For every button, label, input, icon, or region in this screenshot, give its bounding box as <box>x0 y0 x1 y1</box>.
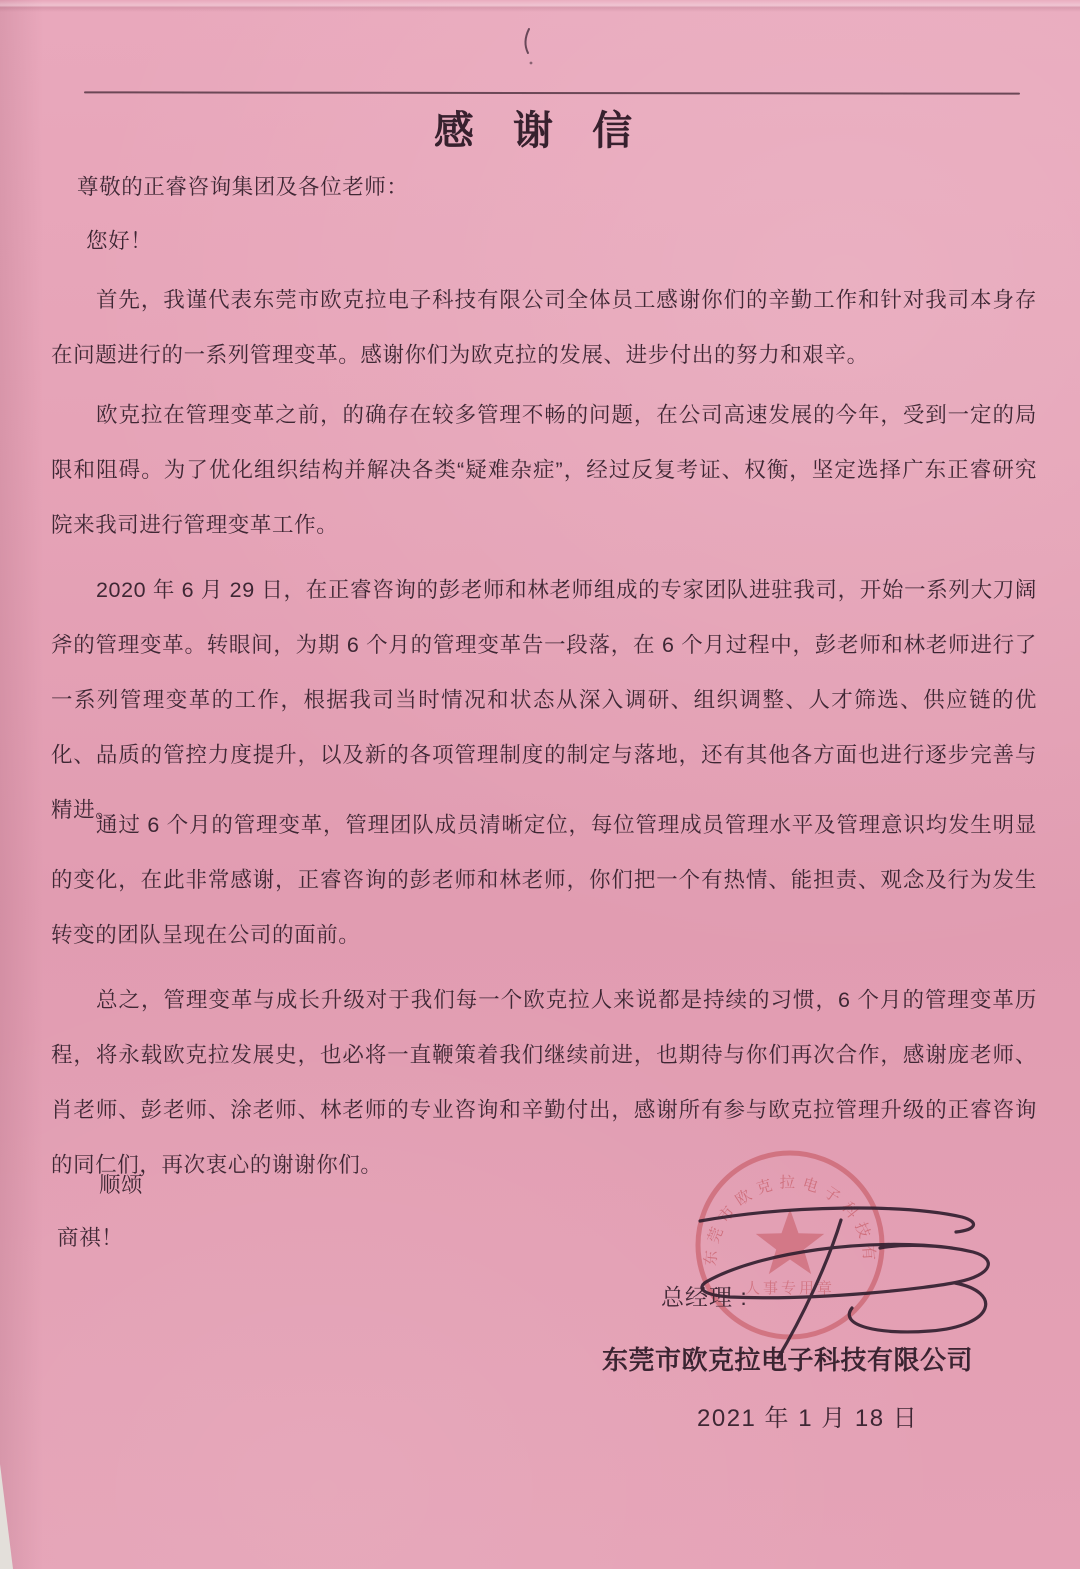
paragraph-3: 2020 年 6 月 29 日，在正睿咨询的彭老师和林老师组成的专家团队进驻我司… <box>51 563 1037 838</box>
closing-shunsong: 顺颂 <box>99 1168 143 1199</box>
salutation: 尊敬的正睿咨询集团及各位老师： <box>77 170 409 201</box>
header-rule <box>84 91 1020 94</box>
seal-star-icon <box>756 1209 824 1274</box>
letter-date: 2021 年 1 月 18 日 <box>697 1398 918 1433</box>
general-manager-label: 总经理 : <box>661 1279 748 1312</box>
background-corner-sliver <box>0 1464 13 1569</box>
letter-paper: 感 谢 信 尊敬的正睿咨询集团及各位老师： 您好！ 首先，我谨代表东莞市欧克拉电… <box>0 0 1080 1569</box>
closing-shangqi: 商祺！ <box>57 1221 123 1252</box>
paragraph-4: 通过 6 个月的管理变革，管理团队成员清晰定位，每位管理成员管理水平及管理意识均… <box>51 798 1037 963</box>
paragraph-1: 首先，我谨代表东莞市欧克拉电子科技有限公司全体员工感谢你们的辛勤工作和针对我司本… <box>51 273 1037 383</box>
paper-fold-crease-top <box>0 0 1080 12</box>
letter-title: 感 谢 信 <box>0 99 1080 156</box>
paragraph-2: 欧克拉在管理变革之前，的确存在较多管理不畅的问题，在公司高速发展的今年，受到一定… <box>51 388 1037 553</box>
signature-stamp-block: 东莞市欧克拉电子科技有限公司 人事专用章 <box>640 1120 1020 1370</box>
paper-fold-crease-bottom <box>0 0 1080 12</box>
seal-center-text: 人事专用章 <box>745 1279 835 1297</box>
ink-mark <box>520 26 542 70</box>
company-name: 东莞市欧克拉电子科技有限公司 <box>602 1340 973 1377</box>
greeting: 您好！ <box>86 224 152 255</box>
